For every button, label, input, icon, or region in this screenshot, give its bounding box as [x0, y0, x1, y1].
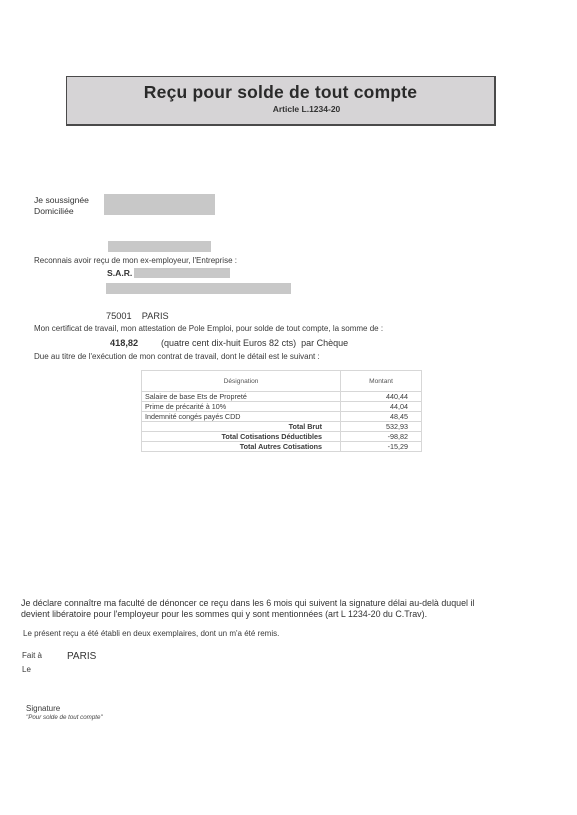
detail-table: Désignation Montant Salaire de base Ets …: [141, 370, 422, 452]
company-prefix: S.A.R.: [107, 268, 132, 278]
table-row: Indemnité congés payés CDD 48,45: [142, 412, 422, 422]
postal-city: 75001 PARIS: [106, 311, 169, 321]
row-label: Prime de précarité à 10%: [142, 402, 341, 412]
redacted-company-name: [134, 268, 230, 278]
article-reference: Article L.1234-20: [67, 104, 494, 114]
row-amount: 48,45: [341, 412, 422, 422]
row-amount: 440,44: [341, 392, 422, 402]
payment-intro: Mon certificat de travail, mon attestati…: [34, 324, 383, 333]
total-amount: -98,82: [341, 432, 422, 442]
redacted-address-line: [108, 241, 211, 252]
fait-city: PARIS: [67, 651, 96, 662]
copies-statement: Le présent reçu a été établi en deux exe…: [23, 629, 279, 638]
row-label: Indemnité congés payés CDD: [142, 412, 341, 422]
total-label: Total Brut: [142, 422, 341, 432]
reconnais-text: Reconnais avoir reçu de mon ex-employeur…: [34, 256, 237, 265]
table-row: Salaire de base Ets de Propreté 440,44: [142, 392, 422, 402]
total-row: Total Brut 532,93: [142, 422, 422, 432]
signature-label: Signature: [26, 704, 60, 713]
total-row: Total Cotisations Déductibles -98,82: [142, 432, 422, 442]
total-label: Total Autres Cotisations: [142, 442, 341, 452]
total-label: Total Cotisations Déductibles: [142, 432, 341, 442]
date-label: Le: [22, 665, 31, 674]
column-header-designation: Désignation: [142, 371, 341, 392]
domicile-label: Domiciliée: [34, 206, 74, 216]
table-row: Prime de précarité à 10% 44,04: [142, 402, 422, 412]
document-header: Reçu pour solde de tout compte Article L…: [66, 76, 496, 126]
document-title: Reçu pour solde de tout compte: [67, 82, 494, 103]
total-amount: 532,93: [341, 422, 422, 432]
redacted-company-address: [106, 283, 291, 294]
signature-note: "Pour solde de tout compte": [26, 714, 103, 721]
declaration-line-1: Je déclare connaître ma faculté de dénon…: [21, 598, 474, 608]
payment-amount: 418,82: [110, 338, 138, 348]
payment-amount-words: (quatre cent dix-huit Euros 82 cts) par …: [161, 338, 348, 348]
soussigne-label: Je soussignée: [34, 195, 89, 205]
detail-intro: Due au titre de l'exécution de mon contr…: [34, 352, 320, 361]
column-header-montant: Montant: [341, 371, 422, 392]
total-row: Total Autres Cotisations -15,29: [142, 442, 422, 452]
fait-label: Fait à: [22, 651, 42, 660]
total-amount: -15,29: [341, 442, 422, 452]
declaration-line-2: devient libératoire pour l'employeur pou…: [21, 609, 427, 619]
row-amount: 44,04: [341, 402, 422, 412]
row-label: Salaire de base Ets de Propreté: [142, 392, 341, 402]
redacted-name-address: [104, 194, 215, 215]
